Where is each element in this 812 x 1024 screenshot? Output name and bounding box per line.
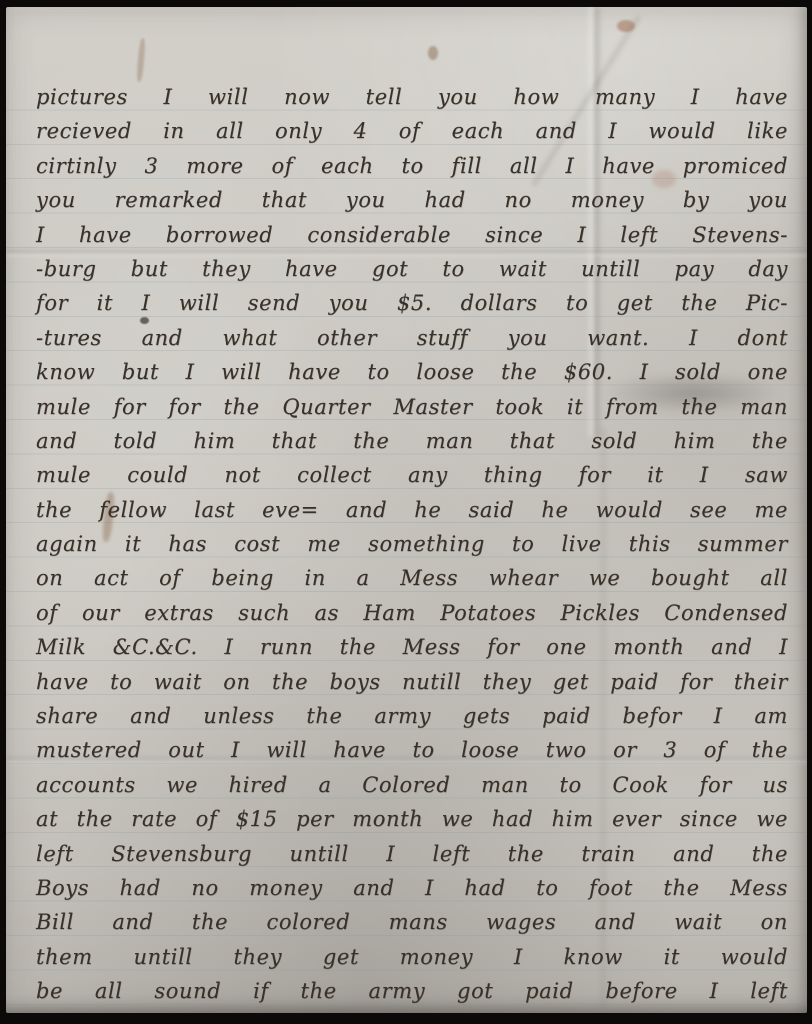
letter-line: -tures and what other stuff you want. I … bbox=[36, 321, 788, 355]
letter-page: pictures I will now tell you how many I … bbox=[6, 7, 807, 1013]
letter-line: share and unless the army gets paid befo… bbox=[36, 699, 788, 733]
stain bbox=[617, 20, 635, 32]
letter-line: for it I will send you $5. dollars to ge… bbox=[36, 286, 788, 320]
letter-line: of our extras such as Ham Potatoes Pickl… bbox=[36, 596, 788, 630]
letter-line: accounts we hired a Colored man to Cook … bbox=[36, 768, 788, 802]
letter-line: on act of being in a Mess whear we bough… bbox=[36, 561, 788, 595]
letter-line: at the rate of $15 per month we had him … bbox=[36, 802, 788, 836]
letter-line: mustered out I will have to loose two or… bbox=[36, 733, 788, 767]
letter-line: you remarked that you had no money by yo… bbox=[36, 183, 788, 217]
letter-line: I have borrowed considerable since I lef… bbox=[36, 218, 788, 252]
letter-line: Milk &C.&C. I runn the Mess for one mont… bbox=[36, 630, 788, 664]
letter-line: mule for for the Quarter Master took it … bbox=[36, 390, 788, 424]
stain bbox=[136, 38, 146, 82]
letter-line: recieved in all only 4 of each and I wou… bbox=[36, 114, 788, 148]
letter-line: -burg but they have got to wait untill p… bbox=[36, 252, 788, 286]
letter-text: pictures I will now tell you how many I … bbox=[36, 80, 788, 1009]
letter-line: them untill they get money I know it wou… bbox=[36, 940, 788, 974]
letter-line: be all sound if the army got paid before… bbox=[36, 974, 788, 1008]
letter-line: left Stevensburg untill I left the train… bbox=[36, 837, 788, 871]
letter-line: pictures I will now tell you how many I … bbox=[36, 80, 788, 114]
letter-line: know but I will have to loose the $60. I… bbox=[36, 355, 788, 389]
letter-line: again it has cost me something to live t… bbox=[36, 527, 788, 561]
letter-line: have to wait on the boys nutill they get… bbox=[36, 665, 788, 699]
letter-line: Boys had no money and I had to foot the … bbox=[36, 871, 788, 905]
letter-line: the fellow last eve= and he said he woul… bbox=[36, 493, 788, 527]
photo-frame: pictures I will now tell you how many I … bbox=[0, 0, 812, 1024]
letter-line: cirtinly 3 more of each to fill all I ha… bbox=[36, 149, 788, 183]
letter-line: mule could not collect any thing for it … bbox=[36, 458, 788, 492]
stain bbox=[428, 46, 438, 60]
letter-line: and told him that the man that sold him … bbox=[36, 424, 788, 458]
letter-line: Bill and the colored mans wages and wait… bbox=[36, 905, 788, 939]
